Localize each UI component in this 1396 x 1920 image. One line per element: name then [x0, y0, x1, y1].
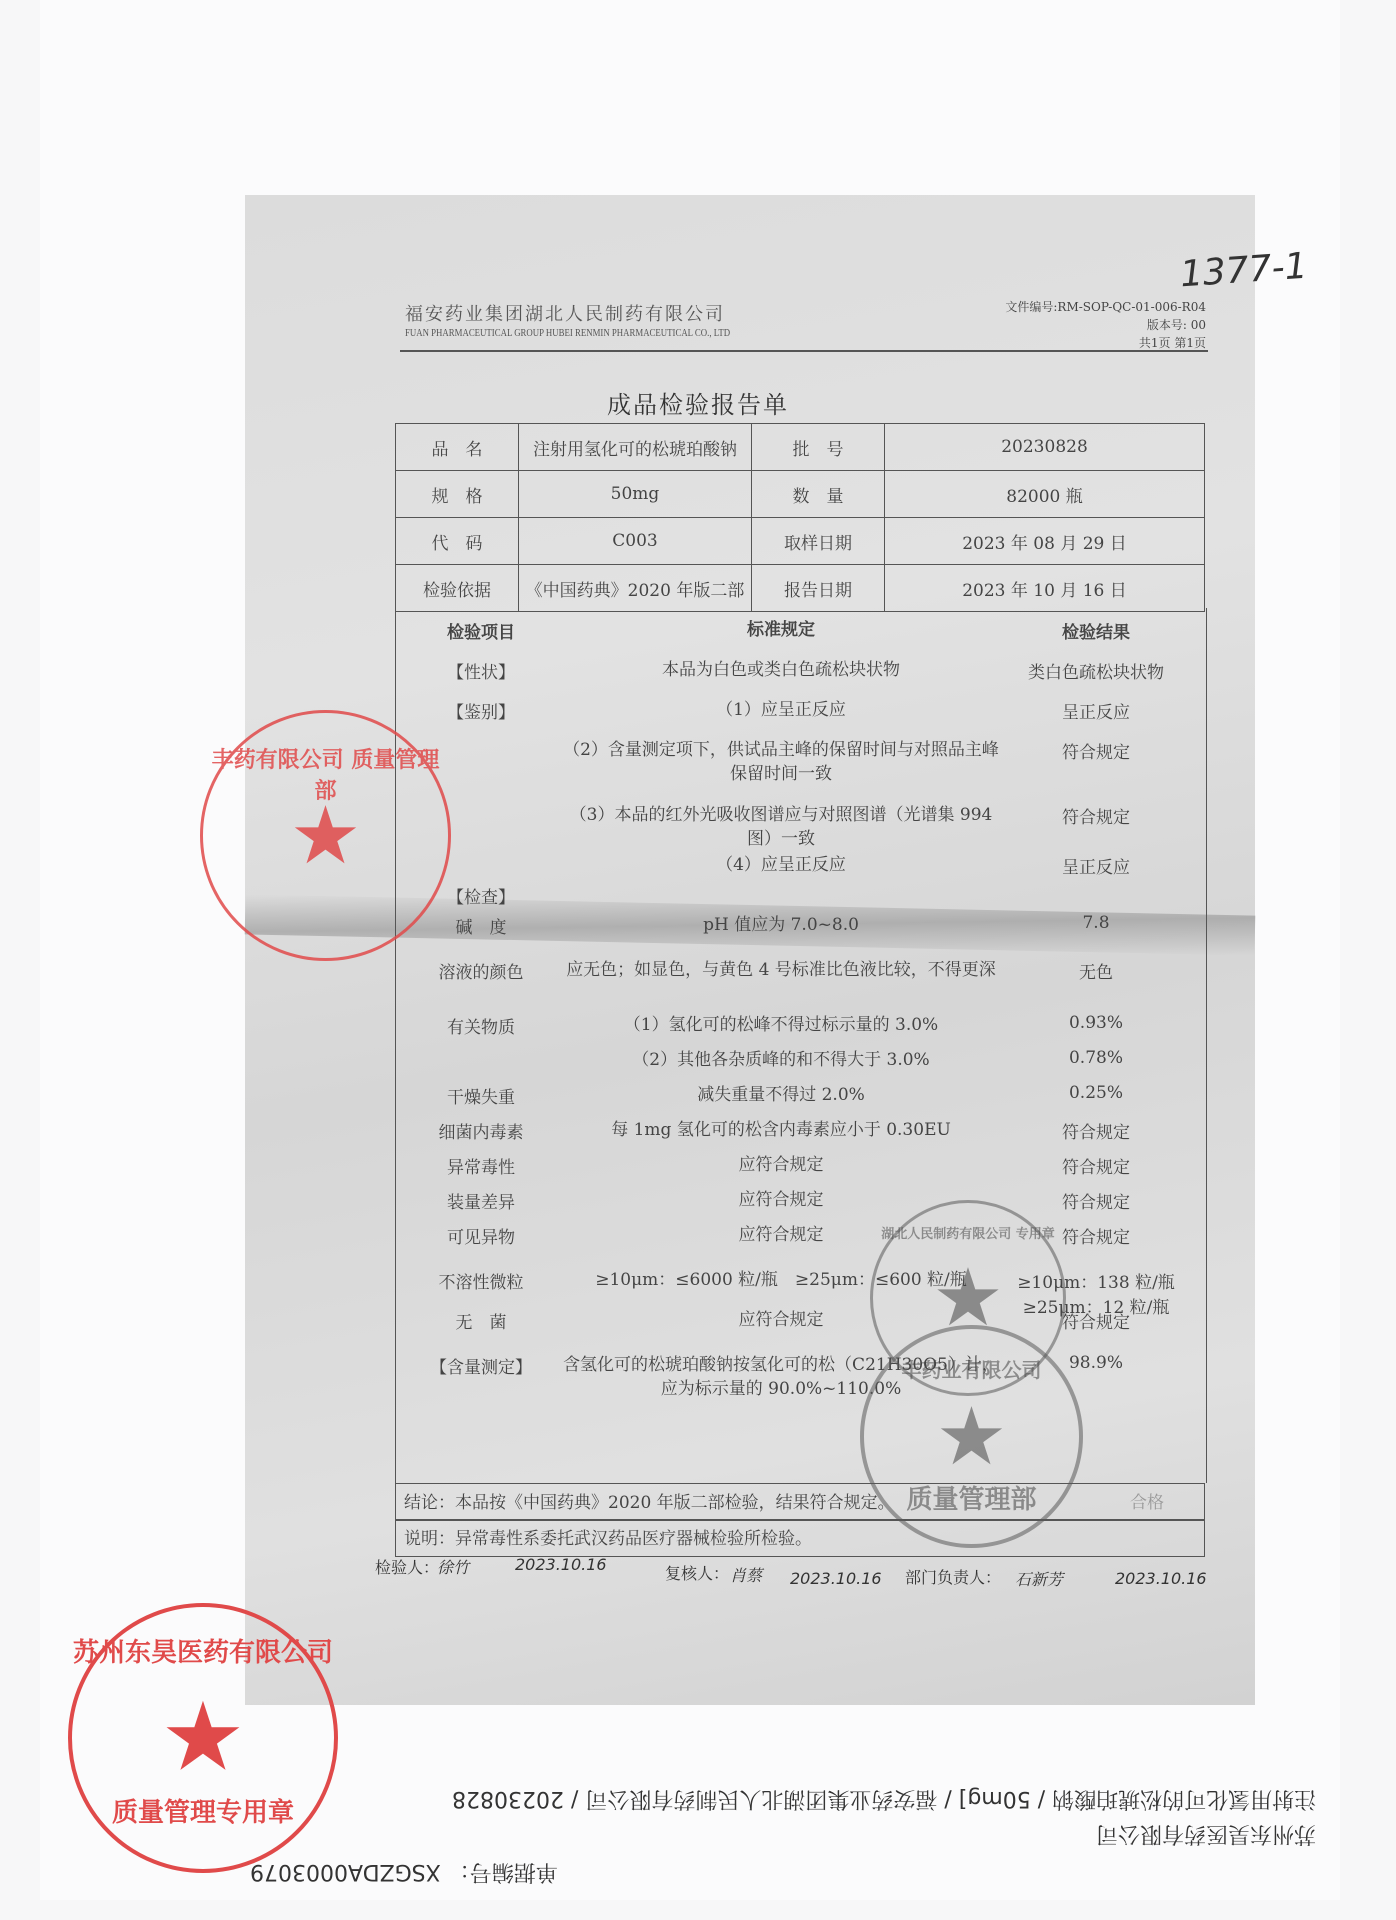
result-item: 有关物质: [411, 1013, 551, 1038]
result-value: 类白色疏松块状物: [986, 658, 1206, 683]
stamp-left-text: 丰药有限公司 质量管理部: [203, 743, 448, 805]
result-item: 【鉴别】: [411, 698, 551, 723]
label-sample-date: 取样日期: [752, 518, 885, 565]
company-name-en: FUAN PHARMACEUTICAL GROUP HUBEI RENMIN P…: [405, 327, 730, 339]
label-basis: 检验依据: [396, 565, 519, 612]
result-item: 装量差异: [411, 1188, 551, 1213]
result-item: 可见异物: [411, 1223, 551, 1248]
receipt-line1: 苏州东昊医药有限公司: [1096, 1820, 1316, 1851]
manager-label: 部门负责人：: [905, 1565, 1001, 1588]
batch-number: 20230828: [885, 424, 1205, 471]
result-standard: （1）氢化可的松峰不得过标示量的 3.0%: [556, 1013, 1006, 1037]
star-icon: ★: [290, 796, 362, 876]
result-item: 碱 度: [411, 913, 551, 938]
product-info-table: 品 名 注射用氢化可的松琥珀酸钠 批 号 20230828 规 格 50mg 数…: [395, 423, 1205, 612]
doc-pages: 共1页 第1页: [1005, 334, 1206, 352]
result-standard: 应无色；如显色，与黄色 4 号标准比色液比较，不得更深: [556, 958, 1006, 982]
sample-date: 2023 年 08 月 29 日: [885, 518, 1205, 565]
conclusion-mark: 合格: [1130, 1484, 1164, 1522]
doc-number: 文件编号:RM-SOP-QC-01-006-R04: [1005, 298, 1206, 316]
report-date: 2023 年 10 月 16 日: [885, 565, 1205, 612]
header-item: 检验项目: [411, 618, 551, 643]
star-icon: ★: [160, 1691, 245, 1786]
page-title: 成品检验报告单: [0, 385, 1396, 420]
code: C003: [519, 518, 752, 565]
label-code: 代 码: [396, 518, 519, 565]
result-item: 干燥失重: [411, 1083, 551, 1108]
info-row: 检验依据 《中国药典》2020 年版二部 报告日期 2023 年 10 月 16…: [396, 565, 1205, 612]
star-icon: ★: [936, 1397, 1008, 1477]
result-item: 无 菌: [411, 1308, 551, 1333]
results-section: 检验项目 标准规定 检验结果 【性状】本品为白色或类白色疏松块状物类白色疏松块状…: [395, 608, 1207, 1483]
result-standard: pH 值应为 7.0~8.0: [556, 913, 1006, 937]
basis: 《中国药典》2020 年版二部: [519, 565, 752, 612]
result-standard: （4）应呈正反应: [556, 853, 1006, 877]
result-standard: （2）其他各杂质峰的和不得大于 3.0%: [556, 1048, 1006, 1072]
result-standard: 每 1mg 氢化可的松含内毒素应小于 0.30EU: [556, 1118, 1006, 1142]
manager-date: 2023.10.16: [1115, 1569, 1207, 1588]
result-value: 7.8: [986, 913, 1206, 933]
result-value: 符合规定: [986, 1153, 1206, 1178]
result-item: 溶液的颜色: [411, 958, 551, 983]
spec: 50mg: [519, 471, 752, 518]
info-row: 代 码 C003 取样日期 2023 年 08 月 29 日: [396, 518, 1205, 565]
stamp-bottom-bottom: 质量管理专用章: [72, 1792, 334, 1829]
result-value: 0.93%: [986, 1013, 1206, 1033]
receipt-line3: 单据编号： XSGZDA0003079: [250, 1858, 558, 1889]
result-value: 0.78%: [986, 1048, 1206, 1068]
result-value: 无色: [986, 958, 1206, 983]
result-value: 0.25%: [986, 1083, 1206, 1103]
result-item: 【性状】: [411, 658, 551, 683]
product-name: 注射用氢化可的松琥珀酸钠: [519, 424, 752, 471]
gray-stamp-right: ★ 丰药业有限公司 质量管理部: [860, 1325, 1083, 1548]
label-spec: 规 格: [396, 471, 519, 518]
info-row: 规 格 50mg 数 量 82000 瓶: [396, 471, 1205, 518]
conclusion-text: 结论：本品按《中国药典》2020 年版二部检验，结果符合规定。: [404, 1493, 895, 1513]
stamp-right-bottom: 质量管理部: [864, 1479, 1079, 1516]
stamp-bottom-top: 苏州东昊医药有限公司: [72, 1632, 334, 1669]
receipt-line2: 注射用氢化可的松琥珀酸钠 / 50mg] / 福安药业集团湖北人民制药有限公司 …: [452, 1785, 1316, 1816]
result-value: 符合规定: [986, 803, 1206, 828]
result-value: 符合规定: [986, 1118, 1206, 1143]
label-quantity: 数 量: [752, 471, 885, 518]
result-standard: （3）本品的红外光吸收图谱应与对照图谱（光谱集 994 图）一致: [556, 803, 1006, 851]
info-row: 品 名 注射用氢化可的松琥珀酸钠 批 号 20230828: [396, 424, 1205, 471]
result-item: 【含量测定】: [411, 1353, 551, 1378]
note: 说明：异常毒性系委托武汉药品医疗器械检验所检验。: [395, 1519, 1205, 1557]
company-name-cn: 福安药业集团湖北人民制药有限公司: [405, 300, 725, 326]
result-value: 符合规定: [986, 738, 1206, 763]
red-stamp-bottom: ★ 苏州东昊医药有限公司 质量管理专用章: [68, 1603, 338, 1873]
result-standard: （1）应呈正反应: [556, 698, 1006, 722]
header-result: 检验结果: [986, 618, 1206, 643]
result-standard: 应符合规定: [556, 1153, 1006, 1177]
stamp-center-text: 湖北人民制药有限公司 专用章: [873, 1223, 1063, 1242]
reviewer-label: 复核人：: [665, 1561, 729, 1584]
result-standard: （2）含量测定项下，供试品主峰的保留时间与对照品主峰保留时间一致: [556, 738, 1006, 786]
inspector-date: 2023.10.16: [515, 1555, 607, 1574]
inspector-signature: 徐竹: [437, 1555, 469, 1578]
note-text: 说明：异常毒性系委托武汉药品医疗器械检验所检验。: [404, 1529, 812, 1549]
result-item: 不溶性微粒: [411, 1268, 551, 1293]
reviewer-date: 2023.10.16: [790, 1569, 882, 1588]
result-value: 呈正反应: [986, 853, 1206, 878]
stamp-right-top: 丰药业有限公司: [864, 1354, 1079, 1383]
result-item: 细菌内毒素: [411, 1118, 551, 1143]
header-standard: 标准规定: [556, 618, 1006, 642]
reviewer-signature: 肖蔡: [730, 1563, 762, 1586]
result-value: 符合规定: [986, 1188, 1206, 1213]
document-meta: 文件编号:RM-SOP-QC-01-006-R04 版本号: 00 共1页 第1…: [1005, 298, 1206, 352]
result-standard: 减失重量不得过 2.0%: [556, 1083, 1006, 1107]
red-stamp-left: ★ 丰药有限公司 质量管理部: [200, 710, 451, 961]
label-product-name: 品 名: [396, 424, 519, 471]
conclusion: 结论：本品按《中国药典》2020 年版二部检验，结果符合规定。 合格: [395, 1483, 1205, 1521]
label-report-date: 报告日期: [752, 565, 885, 612]
quantity: 82000 瓶: [885, 471, 1205, 518]
inspector-label: 检验人：: [375, 1555, 439, 1578]
result-standard: 本品为白色或类白色疏松块状物: [556, 658, 1006, 682]
result-item: 异常毒性: [411, 1153, 551, 1178]
label-batch: 批 号: [752, 424, 885, 471]
result-value: 呈正反应: [986, 698, 1206, 723]
doc-version: 版本号: 00: [1005, 316, 1206, 334]
manager-signature: 石新芳: [1015, 1567, 1063, 1590]
